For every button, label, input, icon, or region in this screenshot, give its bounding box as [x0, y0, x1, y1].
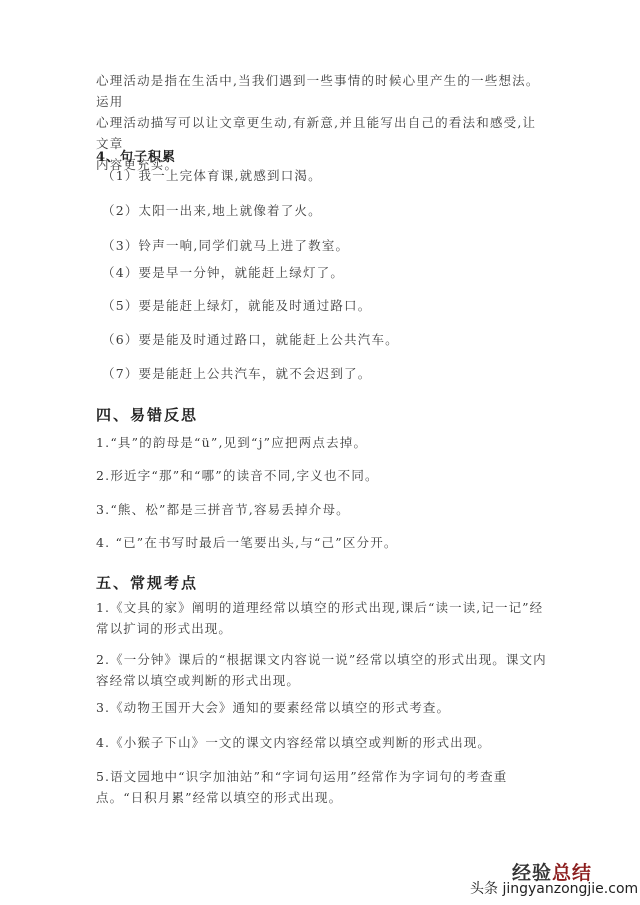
- exam-point-item: 1.《文具的家》阐明的道理经常以填空的形式出现,课后“读一读,记一记”经常以扩词…: [96, 597, 548, 639]
- mistake-item: 2.形近字“那”和“哪”的读音不同,字义也不同。: [96, 466, 379, 484]
- exam-point-item: 5.语文园地中“识字加油站”和“字词句运用”经常作为字词句的考查重点。“日积月累…: [96, 766, 548, 808]
- section-heading-exam-points: 五、常规考点: [96, 572, 198, 593]
- sentence-item: （7）要是能赶上公共汽车，就不会迟到了。: [102, 364, 371, 382]
- section-heading-mistakes: 四、易错反思: [96, 404, 198, 425]
- mistake-item: 4. “已”在书写时最后一笔要出头,与“己”区分开。: [96, 533, 398, 551]
- watermark-url: 头条 jingyanzongjie.com: [470, 878, 638, 898]
- exam-point-item: 2.《一分钟》课后的“根据课文内容说一说”经常以填空的形式出现。课文内容经常以填…: [96, 649, 548, 691]
- sentence-item: （2）太阳一出来,地上就像着了火。: [102, 201, 322, 219]
- exam-point-item: 4.《小猴子下山》一文的课文内容经常以填空或判断的形式出现。: [96, 732, 548, 753]
- intro-line: 心理活动是指在生活中,当我们遇到一些事情的时候心里产生的一些想法。运用: [96, 70, 546, 112]
- exam-point-item: 3.《动物王国开大会》通知的要素经常以填空的形式考查。: [96, 697, 548, 718]
- mistake-item: 3.“熊、松”都是三拼音节,容易丢掉介母。: [96, 500, 350, 518]
- watermark: 经验总结 头条 jingyanzongjie.com: [470, 858, 640, 898]
- mistake-item: 1.“具”的韵母是“ü”,见到“j”应把两点去掉。: [96, 433, 367, 451]
- section-heading-sentence-accumulation: 4、句子积累: [96, 146, 176, 165]
- sentence-item: （1）我一上完体育课,就感到口渴。: [102, 166, 322, 184]
- document-page: 心理活动是指在生活中,当我们遇到一些事情的时候心里产生的一些想法。运用 心理活动…: [0, 0, 640, 905]
- sentence-item: （4）要是早一分钟，就能赶上绿灯了。: [102, 263, 344, 281]
- sentence-item: （6）要是能及时通过路口，就能赶上公共汽车。: [102, 330, 399, 348]
- sentence-item: （5）要是能赶上绿灯，就能及时通过路口。: [102, 296, 371, 314]
- sentence-item: （3）铃声一响,同学们就马上进了教室。: [102, 236, 349, 254]
